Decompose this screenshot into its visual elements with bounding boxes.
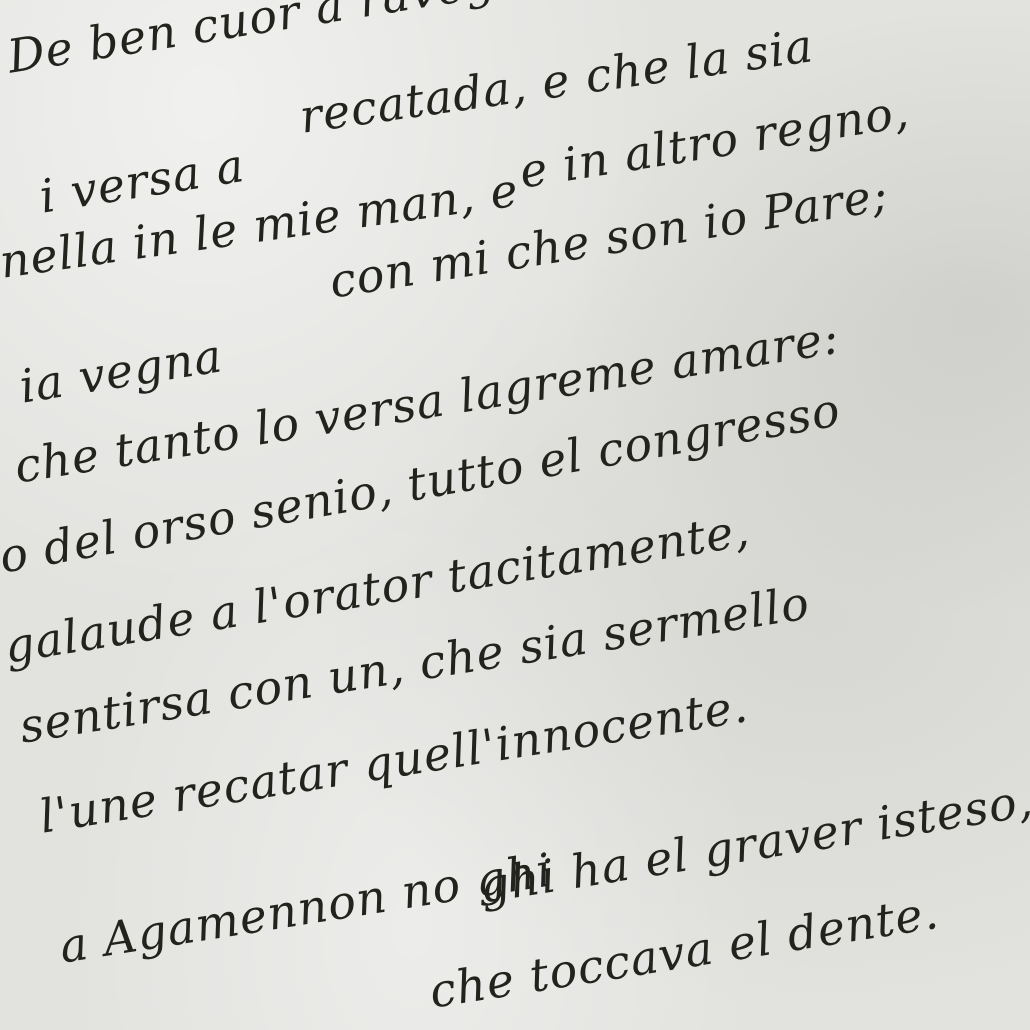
manuscript-line-7: ia vegna — [16, 328, 226, 413]
manuscript-page: De ben cuor a ravegnarve dell recatada, … — [0, 0, 1030, 1030]
manuscript-line-13: ghi ha el graver isteso, — [476, 773, 1030, 914]
manuscript-line-14: a Agamennon no ghi — [56, 842, 556, 973]
